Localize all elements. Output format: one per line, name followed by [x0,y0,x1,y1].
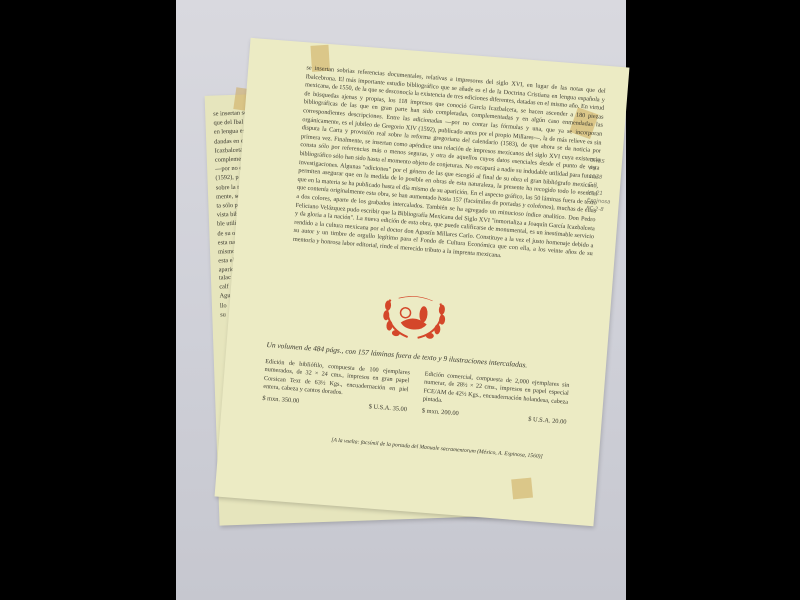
price-mxn: $ mxn. 200.00 [422,407,459,418]
handwritten-notes: CHBSPa1178C-IIIm-21EspinosaFC-2-8 [586,157,630,216]
price-usd: $ U.S.A. 35.00 [368,403,407,414]
body-text: se insertan sobrias referencias document… [293,64,606,267]
edition-commercial: Edición comercial, compuesta de 2,000 ej… [422,371,570,427]
tape [511,478,533,500]
price-usd: $ U.S.A. 20.00 [528,415,567,426]
edition-bibliophile: Edición de bibliófilo, compuesta de 100 … [262,358,410,414]
price-mxn: $ mxn. 350.00 [262,394,299,405]
footnote: [A la vuelta: facsímil de la portada del… [331,437,543,460]
front-sheet: se insertan sobrias referencias document… [215,38,630,526]
emblem-logo [377,281,451,346]
